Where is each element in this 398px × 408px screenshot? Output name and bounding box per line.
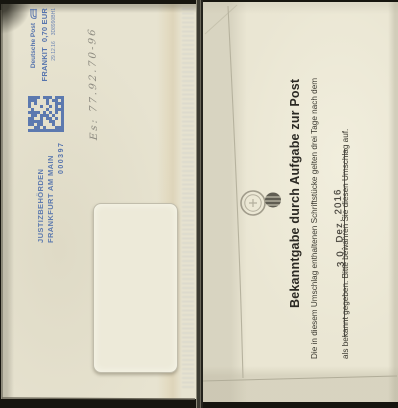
meter-amount: 0,70 EUR xyxy=(40,8,49,42)
envelope-front: 000397 Deutsche Post FRANKIT 0,70 EUR 29… xyxy=(1,4,196,399)
notice-body-line2: als bekannt gegeben. Bitte bewahren Sie … xyxy=(341,79,353,359)
show-through-marks xyxy=(182,8,194,390)
handwritten-note: Es: 77.92.70-96 xyxy=(88,18,104,140)
sender-imprint: JUSTIZBEHÖRDEN FRANKFURT AM MAIN xyxy=(36,157,58,243)
address-window xyxy=(93,203,178,373)
data-matrix-icon xyxy=(28,96,64,132)
envelope-back: Bekanntgabe durch Aufgabe zur Post Die i… xyxy=(203,2,398,402)
envelope-scan: 000397 Deutsche Post FRANKIT 0,70 EUR 29… xyxy=(0,0,398,408)
notice-headline: Bekanntgabe durch Aufgabe zur Post xyxy=(288,76,305,308)
posthorn-icon xyxy=(29,8,38,20)
sender-line2: FRANKFURT AM MAIN xyxy=(46,157,56,243)
official-seal-stamp xyxy=(238,187,286,221)
meter-serial: 3D8990BH1 xyxy=(51,8,57,35)
scan-divider xyxy=(196,0,203,408)
meter-counter: 000397 xyxy=(58,142,65,174)
notice-body-line1: Die in diesem Umschlag enthaltenen Schri… xyxy=(310,39,322,359)
meter-brand: Deutsche Post xyxy=(30,23,37,68)
frankit-meter-imprint: 000397 Deutsche Post FRANKIT 0,70 EUR 29… xyxy=(28,8,66,176)
meter-text-block: Deutsche Post FRANKIT 0,70 EUR 29.12.16 … xyxy=(29,8,57,90)
sender-line1: JUSTIZBEHÖRDEN xyxy=(36,157,46,243)
meter-system: FRANKIT xyxy=(40,47,49,81)
meter-date: 29.12.16 xyxy=(51,41,57,60)
